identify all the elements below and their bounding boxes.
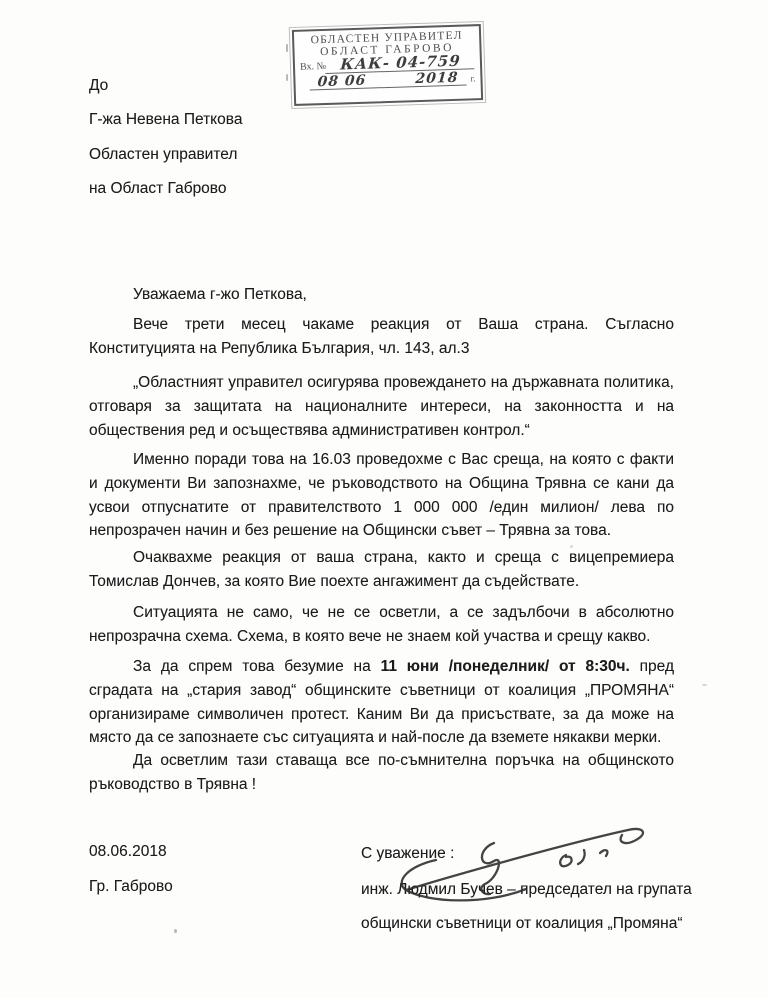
stamp-year-suffix: г.: [466, 73, 475, 85]
scan-artifact: [702, 684, 707, 686]
stamp-date-line: 08 06 2018: [309, 71, 466, 91]
scan-artifact: [286, 74, 288, 81]
salutation: Уважаема г-жо Петкова,: [89, 283, 674, 307]
letter-city: Гр. Габрово: [89, 878, 173, 896]
letter-date: 08.06.2018: [89, 843, 167, 861]
registry-stamp: ОБЛАСТЕН УПРАВИТЕЛ ОБЛАСТ ГАБРОВО Вх. № …: [292, 24, 483, 106]
stamp-date-day-month-handwritten: 08 06: [317, 74, 367, 90]
paragraph-closing: Да осветлим тази ставаща все по-съмнител…: [89, 749, 674, 797]
recipient-name: Г-жа Невена Петкова: [89, 111, 242, 129]
recipient-to: До: [89, 77, 108, 95]
stamp-date-year-handwritten: 2018: [415, 71, 459, 86]
recipient-region: на Област Габрово: [89, 180, 227, 198]
scan-artifact: [286, 44, 288, 52]
signer-name-title: инж. Людмил Бучев – председател на група…: [361, 881, 692, 899]
scan-artifact: [570, 545, 573, 548]
invitation-datetime-bold: 11 юни /понеделник/ от 8:30ч.: [381, 658, 630, 675]
paragraph-constitution-quote: „Областният управител осигурява провежда…: [89, 371, 674, 442]
recipient-title: Областен управител: [89, 146, 237, 164]
paragraph-meeting-facts: Именно поради това на 16.03 проведохме с…: [89, 448, 674, 543]
paragraph-protest-invitation: За да спрем това безумие на 11 юни /поне…: [89, 655, 674, 750]
scanned-letter-page: ОБЛАСТЕН УПРАВИТЕЛ ОБЛАСТ ГАБРОВО Вх. № …: [0, 0, 768, 998]
scan-artifact: [174, 929, 177, 933]
regards-label: С уважение :: [361, 845, 454, 863]
stamp-date-row: 08 06 2018 г.: [295, 70, 480, 91]
invitation-text-pre: За да спрем това безумие на: [133, 658, 381, 675]
signer-group: общински съветници от коалиция „Промяна“: [361, 915, 682, 933]
paragraph-situation: Ситуацията не само, че не се осветли, а …: [89, 601, 674, 649]
stamp-reg-number-label: Вх. №: [300, 61, 326, 75]
paragraph-intro: Вече трети месец чакаме реакция от Ваша …: [89, 313, 674, 361]
paragraph-expected-reaction: Очаквахме реакция от ваша страна, както …: [89, 546, 674, 594]
